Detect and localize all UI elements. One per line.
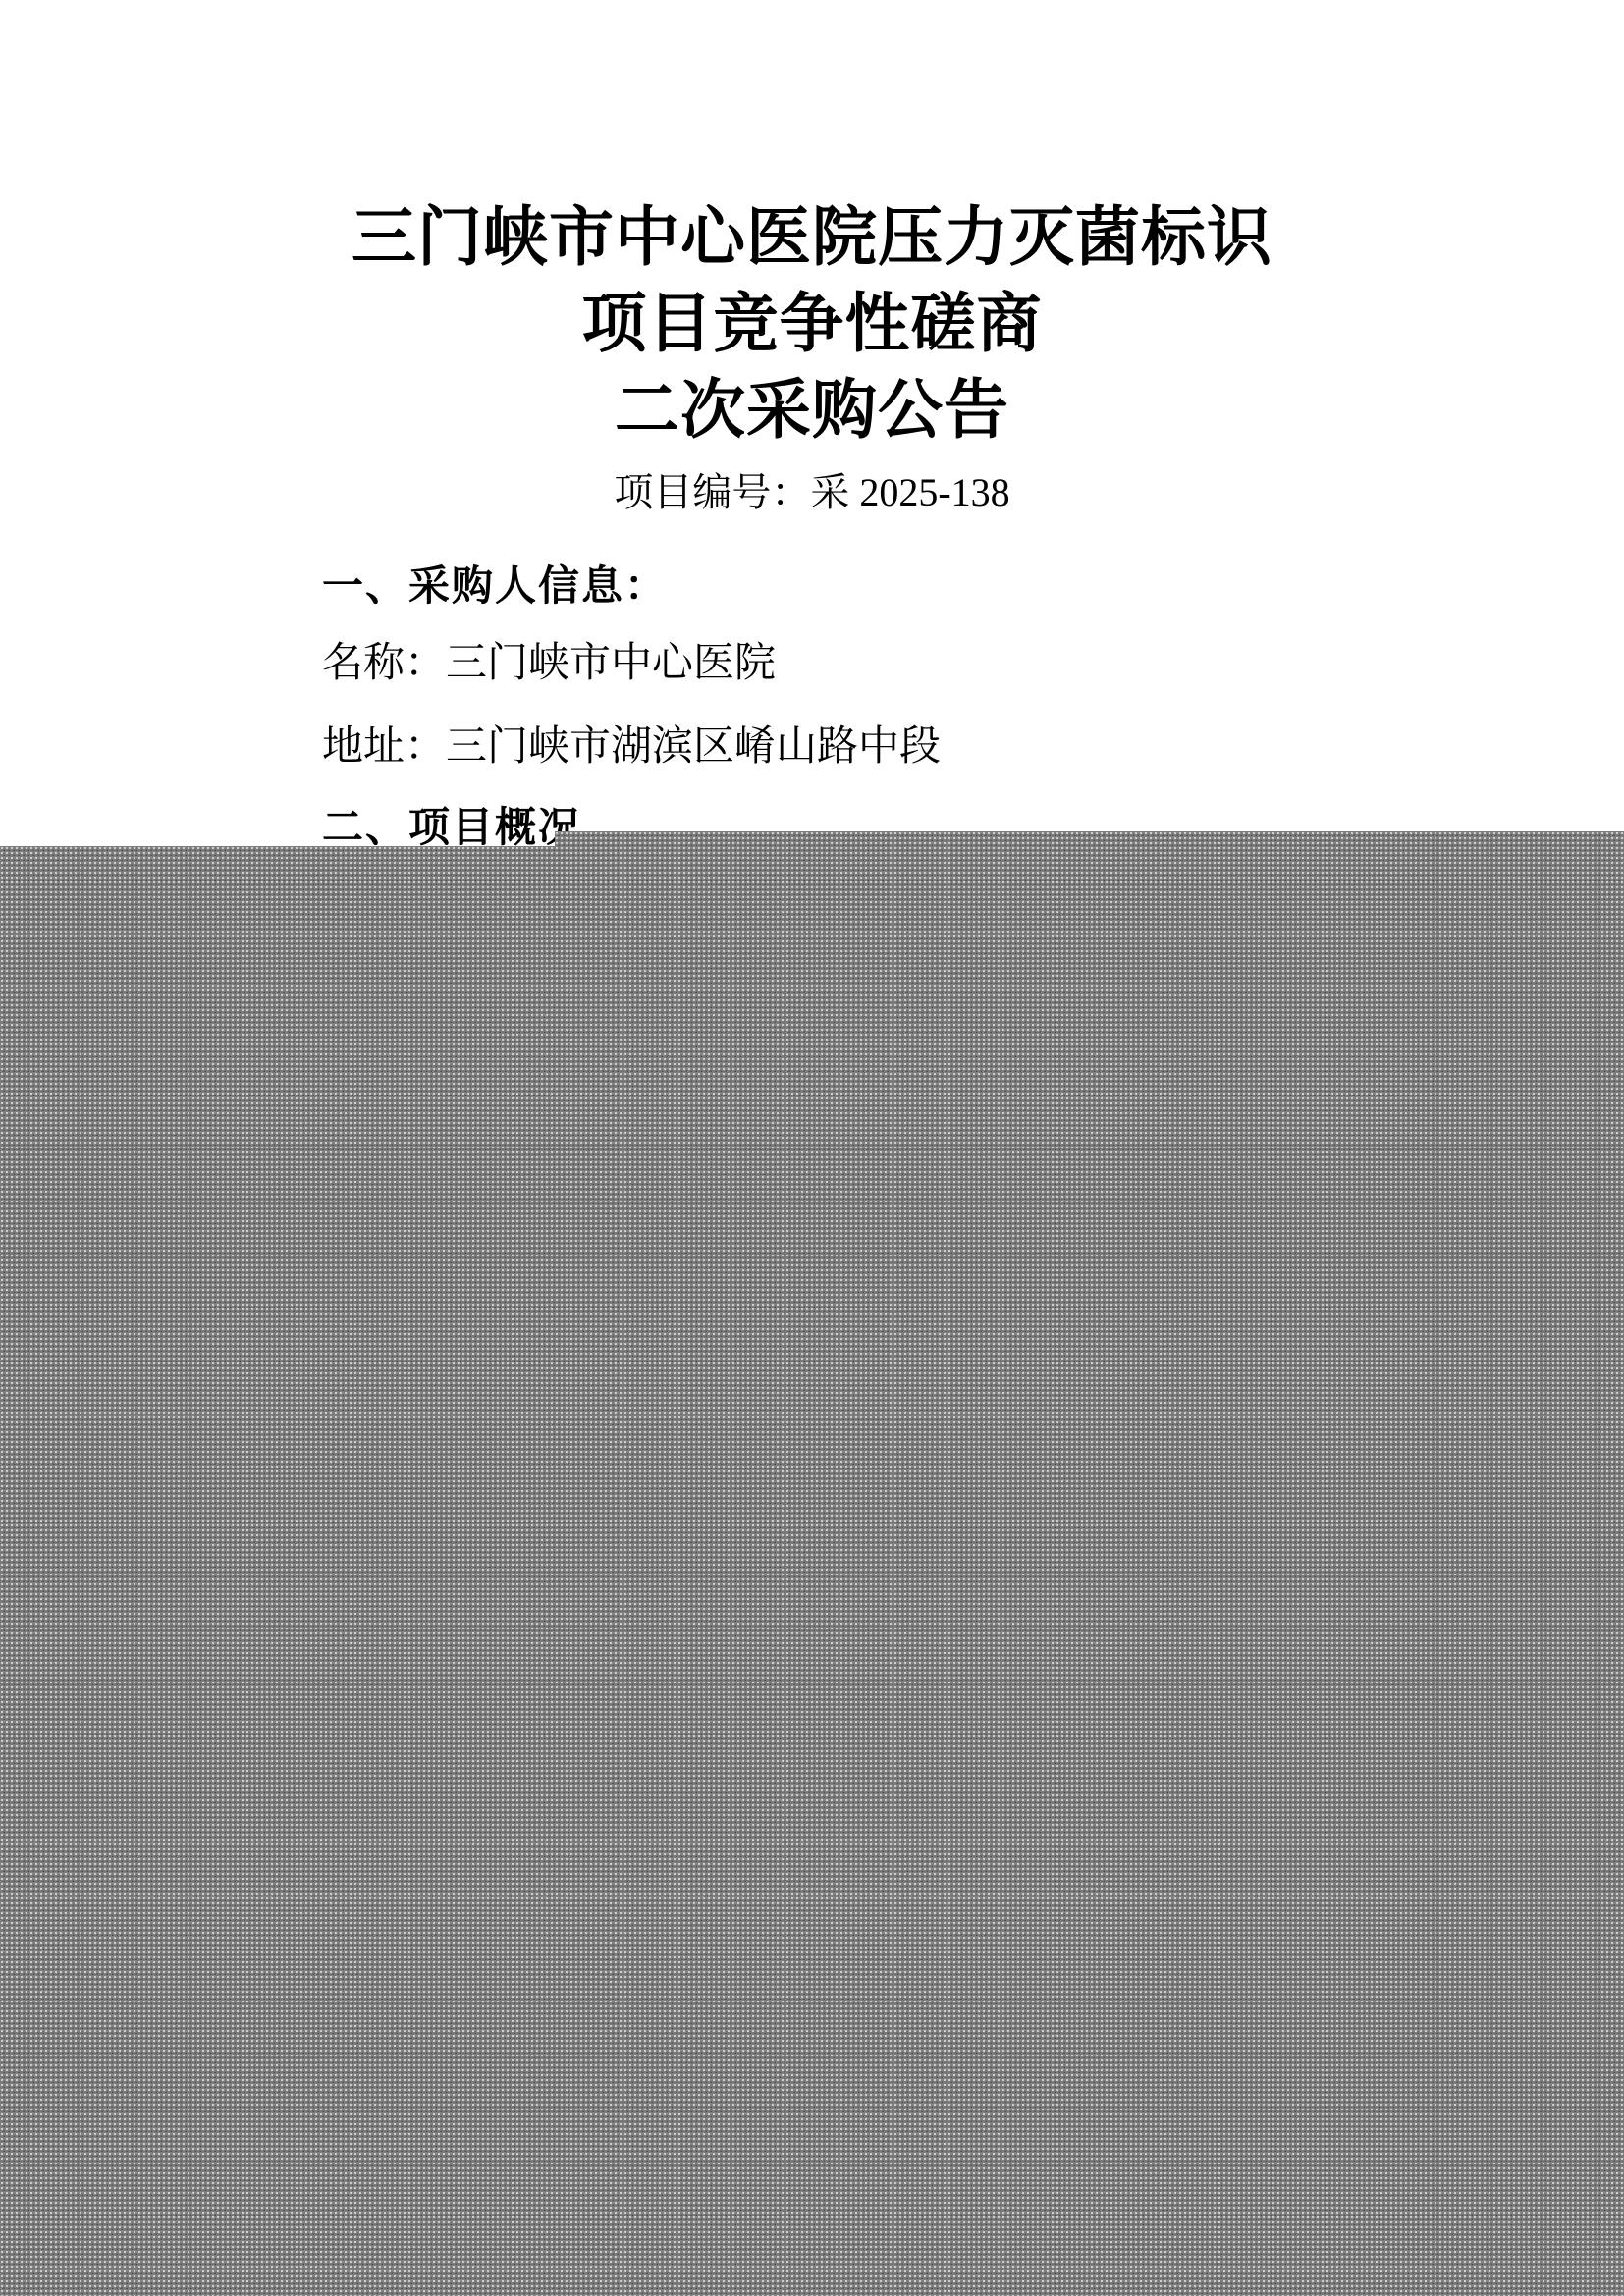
section-heading-purchaser-info: 一、采购人信息： — [322, 563, 668, 611]
document-title: 三门峡市中心医院压力灭菌标识 项目竞争性磋商 二次采购公告 — [0, 195, 1624, 454]
purchaser-name-line: 名称：三门峡市中心医院 — [322, 640, 776, 687]
title-line-3: 二次采购公告 — [0, 368, 1624, 454]
purchaser-address-line: 地址：三门峡市湖滨区崤山路中段 — [322, 723, 941, 771]
title-line-1: 三门峡市中心医院压力灭菌标识 — [0, 195, 1624, 282]
title-line-2: 项目竞争性磋商 — [0, 282, 1624, 368]
project-number: 项目编号：采 2025-138 — [0, 470, 1624, 515]
section-heading-project-overview: 二、项目概况 — [322, 805, 581, 852]
document-page: 三门峡市中心医院压力灭菌标识 项目竞争性磋商 二次采购公告 项目编号：采 202… — [0, 0, 1624, 2296]
redacted-gray-overlay — [0, 831, 1624, 2296]
